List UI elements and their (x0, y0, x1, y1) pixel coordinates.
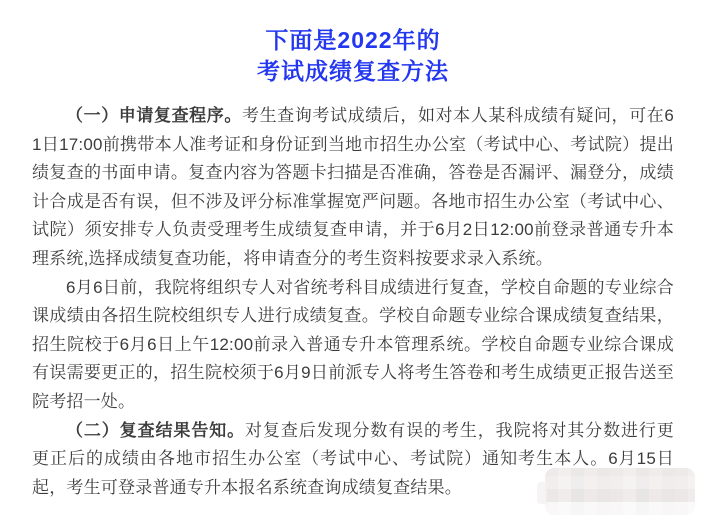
document-title: 下面是2022年的 考试成绩复查方法 (32, 25, 674, 87)
paragraph-label: （二）复查结果告知。 (66, 421, 245, 440)
body-line: 计合成是否有误，但不涉及评分标准掌握宽严问题。各地市招生办公室（考试中心、考 (32, 188, 674, 217)
body-line: 有误需要更正的，招生院校须于6月9日前派专人将考生答卷和考生成绩更正报告送至我 (32, 359, 674, 388)
document-body: （一）申请复查程序。考生查询考试成绩后，如对本人某科成绩有疑问，可在6月1日17… (32, 102, 674, 502)
document-page: 下面是2022年的 考试成绩复查方法 （一）申请复查程序。考生查询考试成绩后，如… (0, 0, 704, 528)
body-line: 课成绩由各招生院校组织专人进行成绩复查。学校自命题专业综合课成绩复查结果，由 (32, 302, 674, 331)
body-line: 院考招一处。 (32, 388, 674, 417)
title-line-2: 考试成绩复查方法 (32, 56, 674, 87)
body-line: 招生院校于6月6日上午12:00前录入普通专升本管理系统。学校自命题专业综合课成… (32, 331, 674, 360)
body-line: （一）申请复查程序。考生查询考试成绩后，如对本人某科成绩有疑问，可在6月 (32, 102, 674, 131)
body-line: 试院）须安排专人负责受理考生成绩复查申请，并于6月2日12:00前登录普通专升本… (32, 216, 674, 245)
paragraph-label: （一）申请复查程序。 (66, 106, 242, 125)
body-line: 绩复查的书面申请。复查内容为答题卡扫描是否准确，答卷是否漏评、漏登分，成绩统 (32, 159, 674, 188)
body-line: 6月6日前，我院将组织专人对省统考科目成绩进行复查，学校自命题的专业综合 (32, 274, 674, 303)
title-line-1: 下面是2022年的 (32, 25, 674, 56)
body-line: （二）复查结果告知。对复查后发现分数有误的考生，我院将对其分数进行更正， (32, 417, 674, 446)
body-line: 理系统,选择成绩复查功能，将申请查分的考生资料按要求录入系统。 (32, 245, 674, 274)
body-line: 1日17:00前携带本人准考证和身份证到当地市招生办公室（考试中心、考试院）提出… (32, 131, 674, 160)
censored-watermark (545, 468, 695, 515)
censored-watermark-edge (537, 482, 547, 504)
